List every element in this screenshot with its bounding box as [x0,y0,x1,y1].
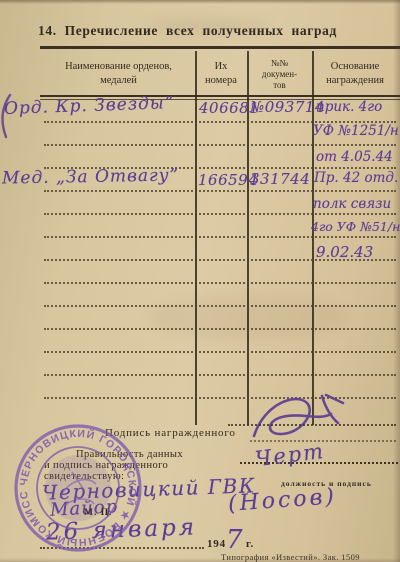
award-doc-number-entry: 331744 [250,170,310,188]
award-basis-line: 4го УФ №51/н [311,219,400,234]
header-doc-column: №№ докумен- тов [247,53,312,95]
military-commissariat-stamp: ЧЕРНОВИЦКИЙ ГОРОДСКОЙ ★ ВОЕННЫЙ КОМИССАР… [0,410,170,562]
award-doc-number-entry: №093714 [250,98,325,116]
printer-imprint: Типография «Известий». Зак. 1509 [221,552,360,562]
header-basis-line2: награждения [326,74,384,88]
award-basis-line: Пр. 42 отд. [314,170,398,186]
table-row [44,353,396,376]
page-top-shadow [0,0,400,4]
section-title: 14. Перечисление всех полученных наград [38,23,337,39]
table-row [44,284,396,307]
header-number-column: Их номера [195,53,247,95]
title-rule [40,46,400,49]
stamp-center-emblem [45,455,111,521]
award-name-entry: Мед. „За Отвагу” [2,165,180,188]
header-name-column: Наименование орденов, медалей [42,53,195,95]
award-basis-line: 9.02.43 [316,243,373,261]
table-row [44,307,396,330]
year-digit: 7 [226,525,243,555]
header-name-line1: Наименование орденов, [65,60,172,74]
table-row [44,261,396,284]
award-basis-line: полк связи [313,196,391,212]
header-number-line1: Их [215,60,228,74]
header-name-line2: медалей [100,74,137,88]
table-row [44,330,396,353]
award-basis-line: прик. 4го [316,99,382,115]
header-doc-line2: докумен- [262,69,297,80]
pen-mark [0,93,14,141]
header-basis-column: Основание награждения [312,53,398,95]
year-suffix: г. [246,538,254,550]
awardee-signature-line [228,424,396,426]
header-doc-line3: тов [273,80,286,91]
award-record-book-page: 14. Перечисление всех полученных наград … [0,0,400,562]
award-basis-line: от 4.05.44 [316,149,393,165]
header-basis-line1: Основание [331,60,380,74]
award-basis-line: УФ №1251/н [313,123,399,139]
year-printed: 194 [207,538,226,550]
header-number-line2: номера [205,74,237,88]
header-doc-line1: №№ [271,58,288,69]
